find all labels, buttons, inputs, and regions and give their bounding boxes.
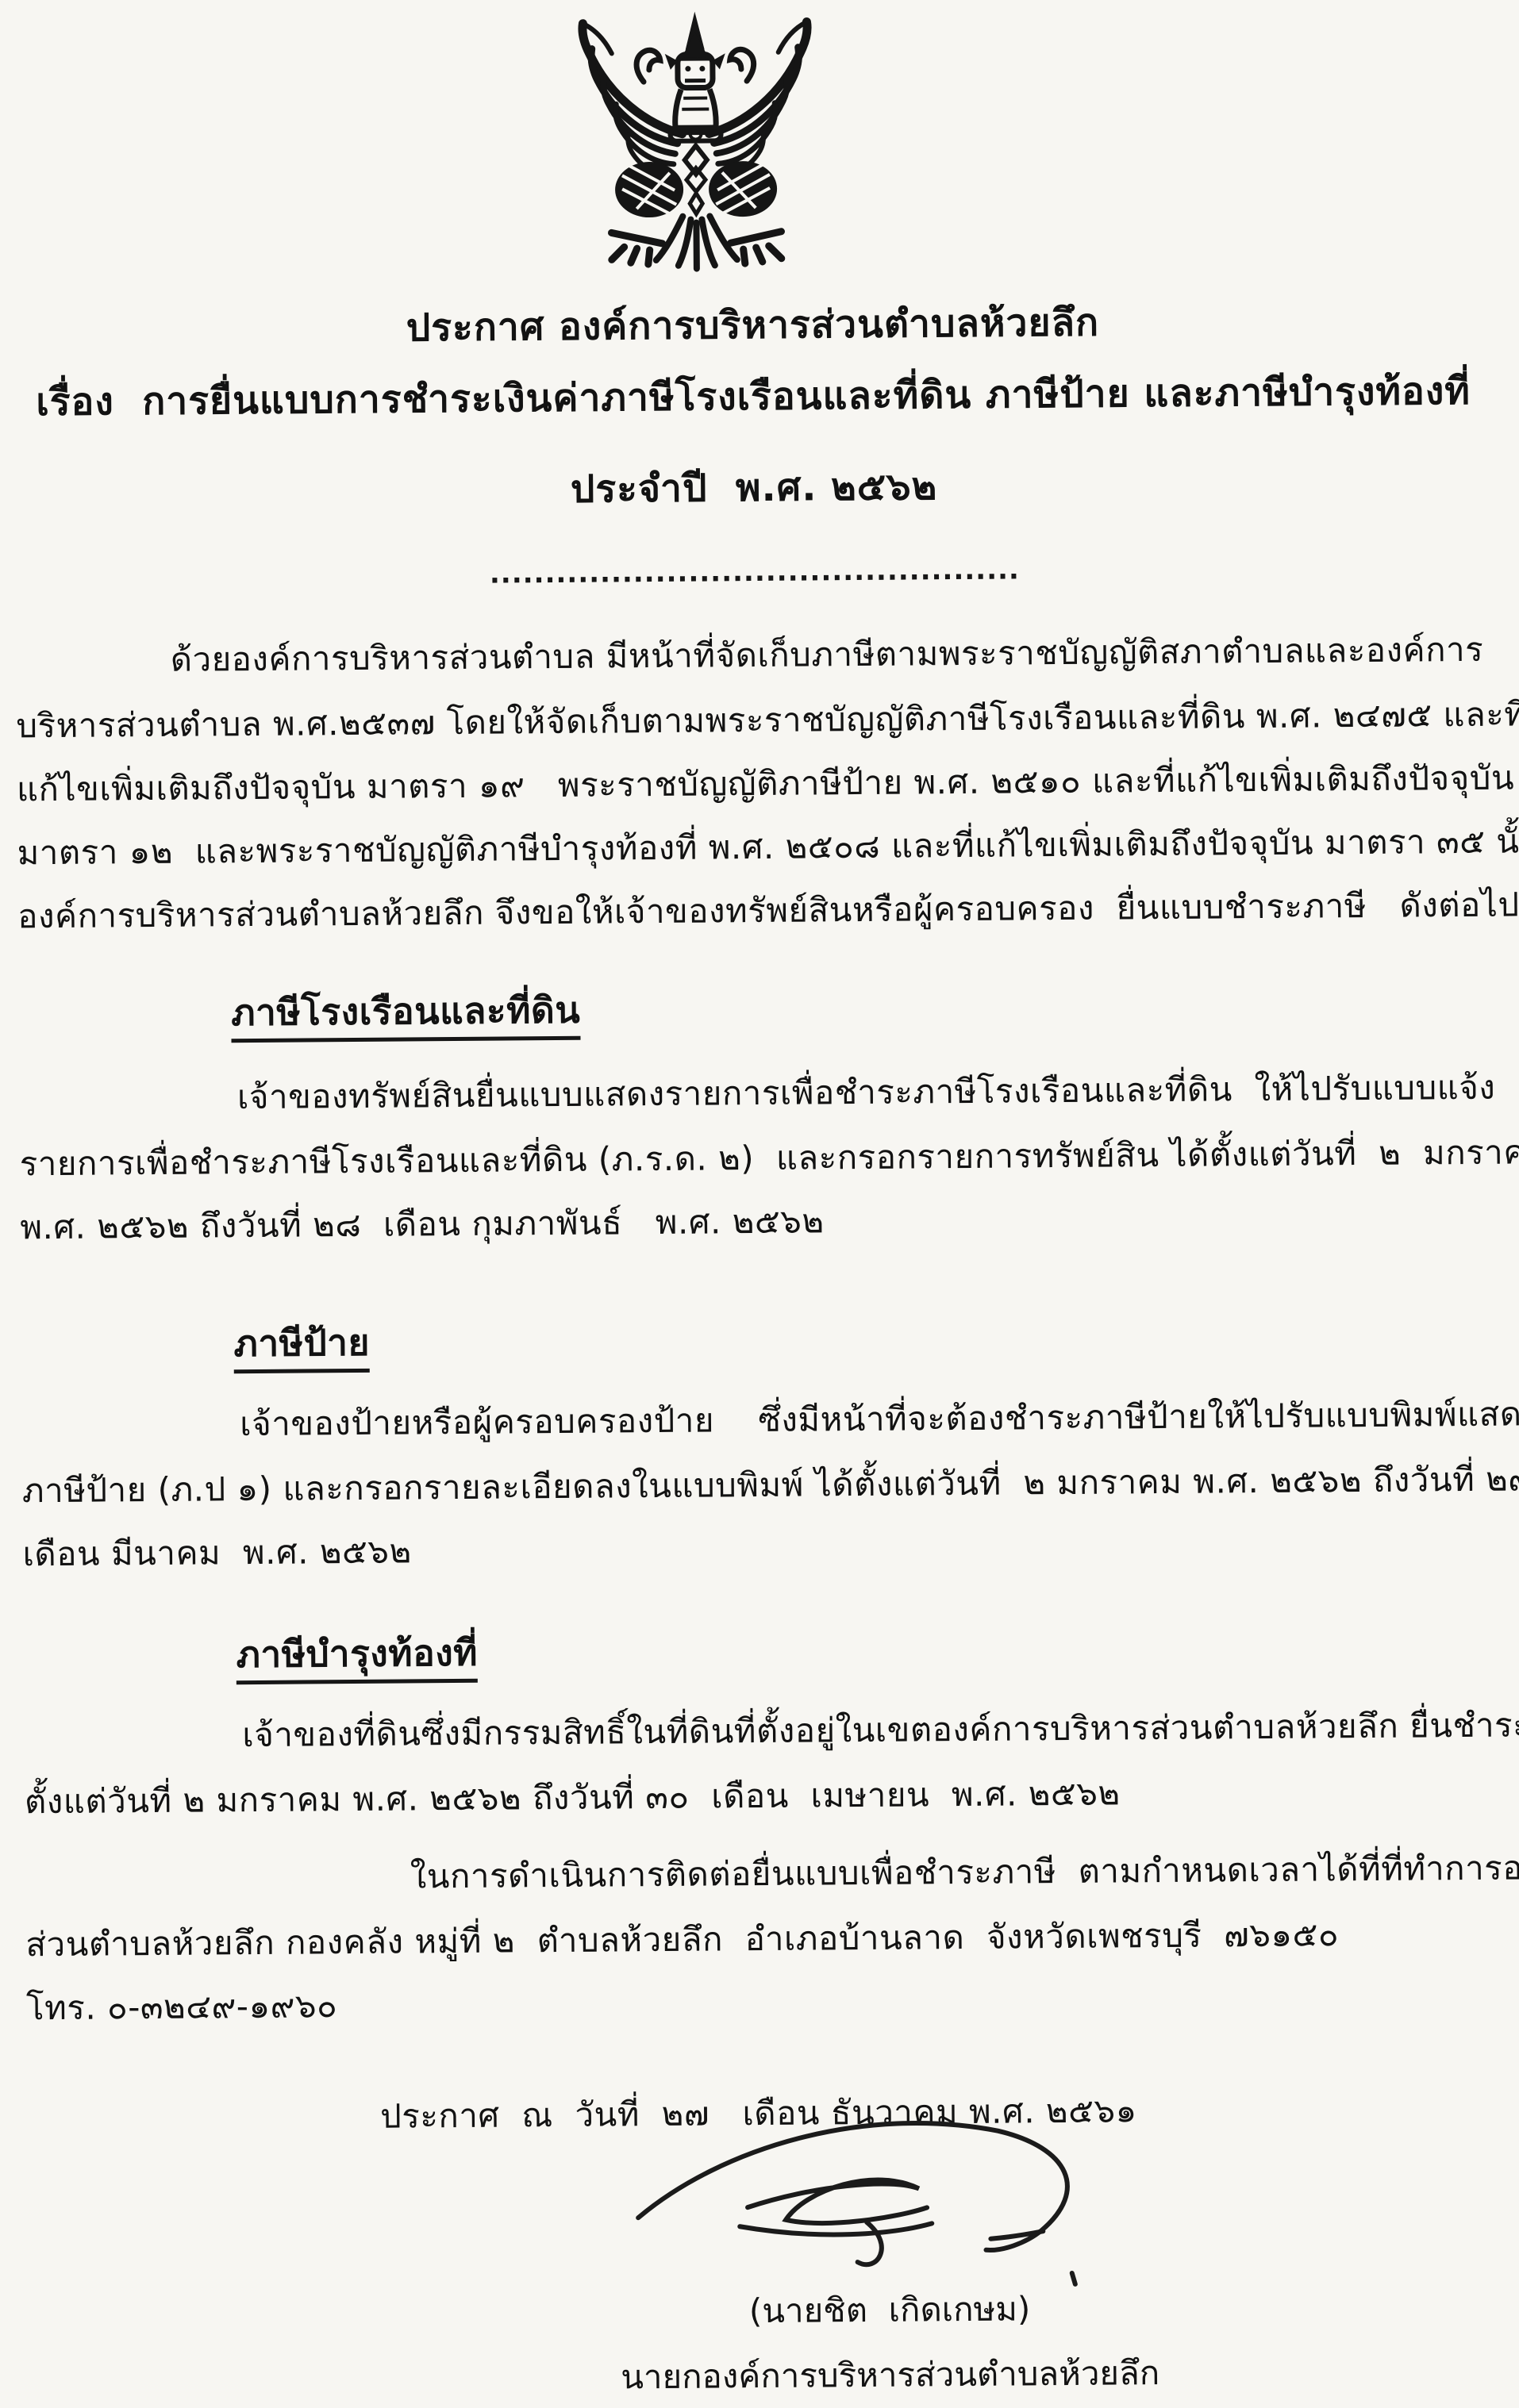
closing-line: ส่วนตำบลห้วยลึก กองคลัง หมู่ที่ ๒ ตำบลห้… bbox=[25, 1914, 1339, 1965]
section-heading-local-development-tax: ภาษีบำรุงท้องที่ bbox=[236, 1630, 478, 1684]
document-content: ประกาศ องค์การบริหารส่วนตำบลห้วยลึก เรื่… bbox=[0, 0, 1519, 2408]
intro-line: บริหารส่วนตำบล พ.ศ.๒๕๓๗ โดยให้จัดเก็บตาม… bbox=[16, 693, 1519, 747]
section-heading-signboard-tax: ภาษีป้าย bbox=[233, 1320, 370, 1373]
section2-line: ภาษีป้าย (ภ.ป ๑) และกรอกรายละเอียดลงในแบ… bbox=[22, 1458, 1519, 1511]
section2-line: เดือน มีนาคม พ.ศ. ๒๕๖๒ bbox=[22, 1530, 412, 1575]
document-title-line3: ประจำปี พ.ศ. ๒๕๖๒ bbox=[0, 459, 1513, 518]
intro-line: มาตรา ๑๒ และพระราชบัญญัติภาษีบำรุงท้องที… bbox=[17, 820, 1519, 874]
section1-line: พ.ศ. ๒๕๖๒ ถึงวันที่ ๒๘ เดือน กุมภาพันธ์ … bbox=[20, 1200, 825, 1248]
section3-line: เจ้าของที่ดินซึ่งมีกรรมสิทธิ์ในที่ดินที่… bbox=[242, 1704, 1519, 1757]
intro-line: ด้วยองค์การบริหารส่วนตำบล มีหน้าที่จัดเก… bbox=[171, 629, 1484, 681]
closing-phone-line: โทร. ๐-๓๒๔๙-๑๙๖๐ bbox=[26, 1985, 338, 2030]
garuda-emblem bbox=[563, 7, 828, 279]
dotted-separator: ........................................… bbox=[0, 550, 1514, 596]
closing-line: ในการดำเนินการติดต่อยื่นแบบเพื่อชำระภาษี… bbox=[410, 1846, 1519, 1898]
section2-line: เจ้าของป้ายหรือผู้ครอบครองป้าย ซึ่งมีหน้… bbox=[240, 1393, 1519, 1445]
intro-line: แก้ไขเพิ่มเติมถึงปัจจุบัน มาตรา ๑๙ พระรา… bbox=[17, 758, 1515, 811]
section1-line: รายการเพื่อชำระภาษีโรงเรือนและที่ดิน (ภ.… bbox=[20, 1131, 1519, 1185]
signer-title: นายกองค์การบริหารส่วนตำบลห้วยลึก bbox=[612, 2347, 1167, 2403]
intro-line: องค์การบริหารส่วนตำบลห้วยลึก จึงขอให้เจ้… bbox=[17, 884, 1519, 938]
signer-name: (นายชิต เกิดเกษม) bbox=[612, 2282, 1167, 2338]
scanned-document-page: ประกาศ องค์การบริหารส่วนตำบลห้วยลึก เรื่… bbox=[0, 0, 1519, 2408]
section1-line: เจ้าของทรัพย์สินยื่นแบบแสดงรายการเพื่อชำ… bbox=[237, 1067, 1496, 1119]
section3-line: ตั้งแต่วันที่ ๒ มกราคม พ.ศ. ๒๕๖๒ ถึงวันท… bbox=[25, 1772, 1121, 1822]
tail-feathers bbox=[656, 216, 737, 269]
section-heading-house-land-tax: ภาษีโรงเรือนและที่ดิน bbox=[231, 988, 581, 1043]
signature-handwritten bbox=[626, 2117, 1144, 2307]
document-title-line1: ประกาศ องค์การบริหารส่วนตำบลห้วยลึก bbox=[0, 296, 1513, 355]
document-title-line2: เรื่อง การยื่นแบบการชำระเงินค่าภาษีโรงเร… bbox=[0, 367, 1513, 427]
